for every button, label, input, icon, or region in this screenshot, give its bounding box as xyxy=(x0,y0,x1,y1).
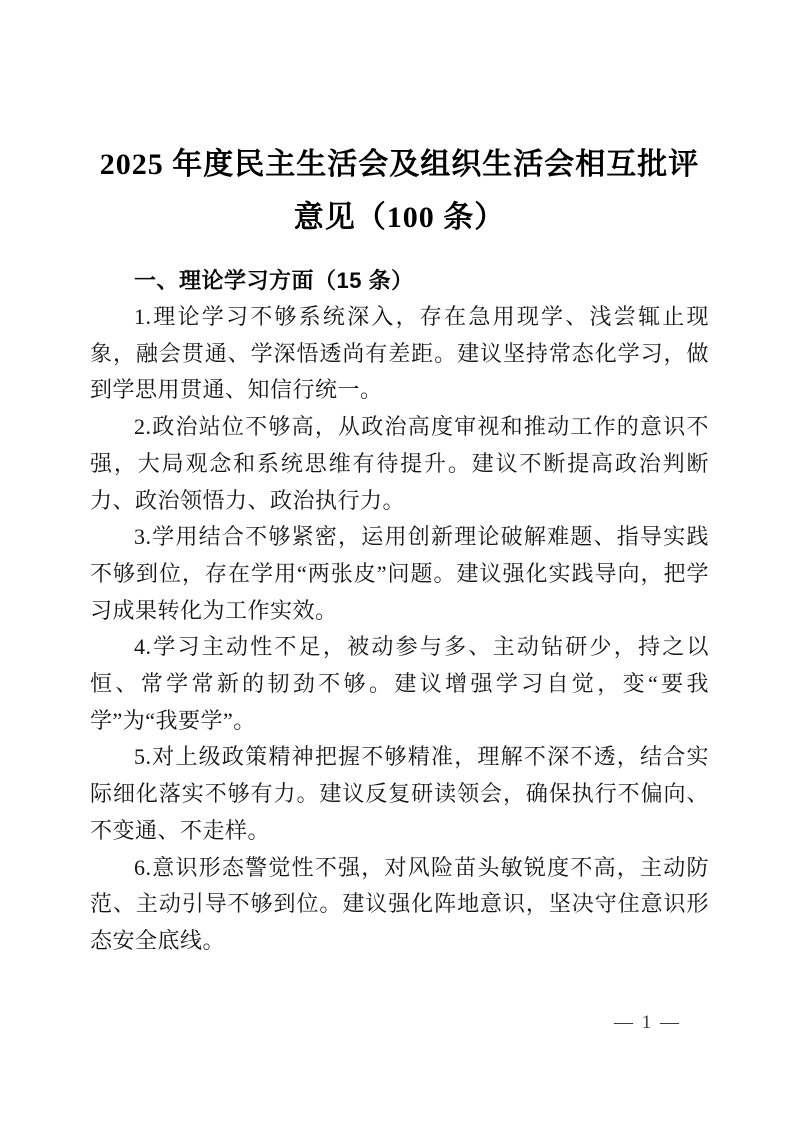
paragraph-2: 2.政治站位不够高，从政治高度审视和推动工作的意识不强，大局观念和系统思维有待提… xyxy=(90,409,709,519)
document-title: 2025 年度民主生活会及组织生活会相互批评 意见（100 条） xyxy=(90,138,709,244)
document-title-line2: 意见（100 条） xyxy=(294,201,506,234)
page-number: — 1 — xyxy=(614,1010,681,1036)
document-title-line1: 2025 年度民主生活会及组织生活会相互批评 xyxy=(100,148,700,181)
paragraph-1: 1.理论学习不够系统深入，存在急用现学、浅尝辄止现象，融会贯通、学深悟透尚有差距… xyxy=(90,299,709,409)
section-heading: 一、理论学习方面（15 条） xyxy=(90,266,709,296)
paragraph-3: 3.学用结合不够紧密，运用创新理论破解难题、指导实践不够到位，存在学用“两张皮”… xyxy=(90,519,709,629)
document-body: 1.理论学习不够系统深入，存在急用现学、浅尝辄止现象，融会贯通、学深悟透尚有差距… xyxy=(90,299,709,960)
paragraph-4: 4.学习主动性不足，被动参与多、主动钻研少，持之以恒、常学常新的韧劲不够。建议增… xyxy=(90,629,709,739)
paragraph-6: 6.意识形态警觉性不强，对风险苗头敏锐度不高，主动防范、主动引导不够到位。建议强… xyxy=(90,850,709,960)
document-page: 2025 年度民主生活会及组织生活会相互批评 意见（100 条） 一、理论学习方… xyxy=(0,0,793,1122)
paragraph-5: 5.对上级政策精神把握不够精准，理解不深不透，结合实际细化落实不够有力。建议反复… xyxy=(90,739,709,849)
